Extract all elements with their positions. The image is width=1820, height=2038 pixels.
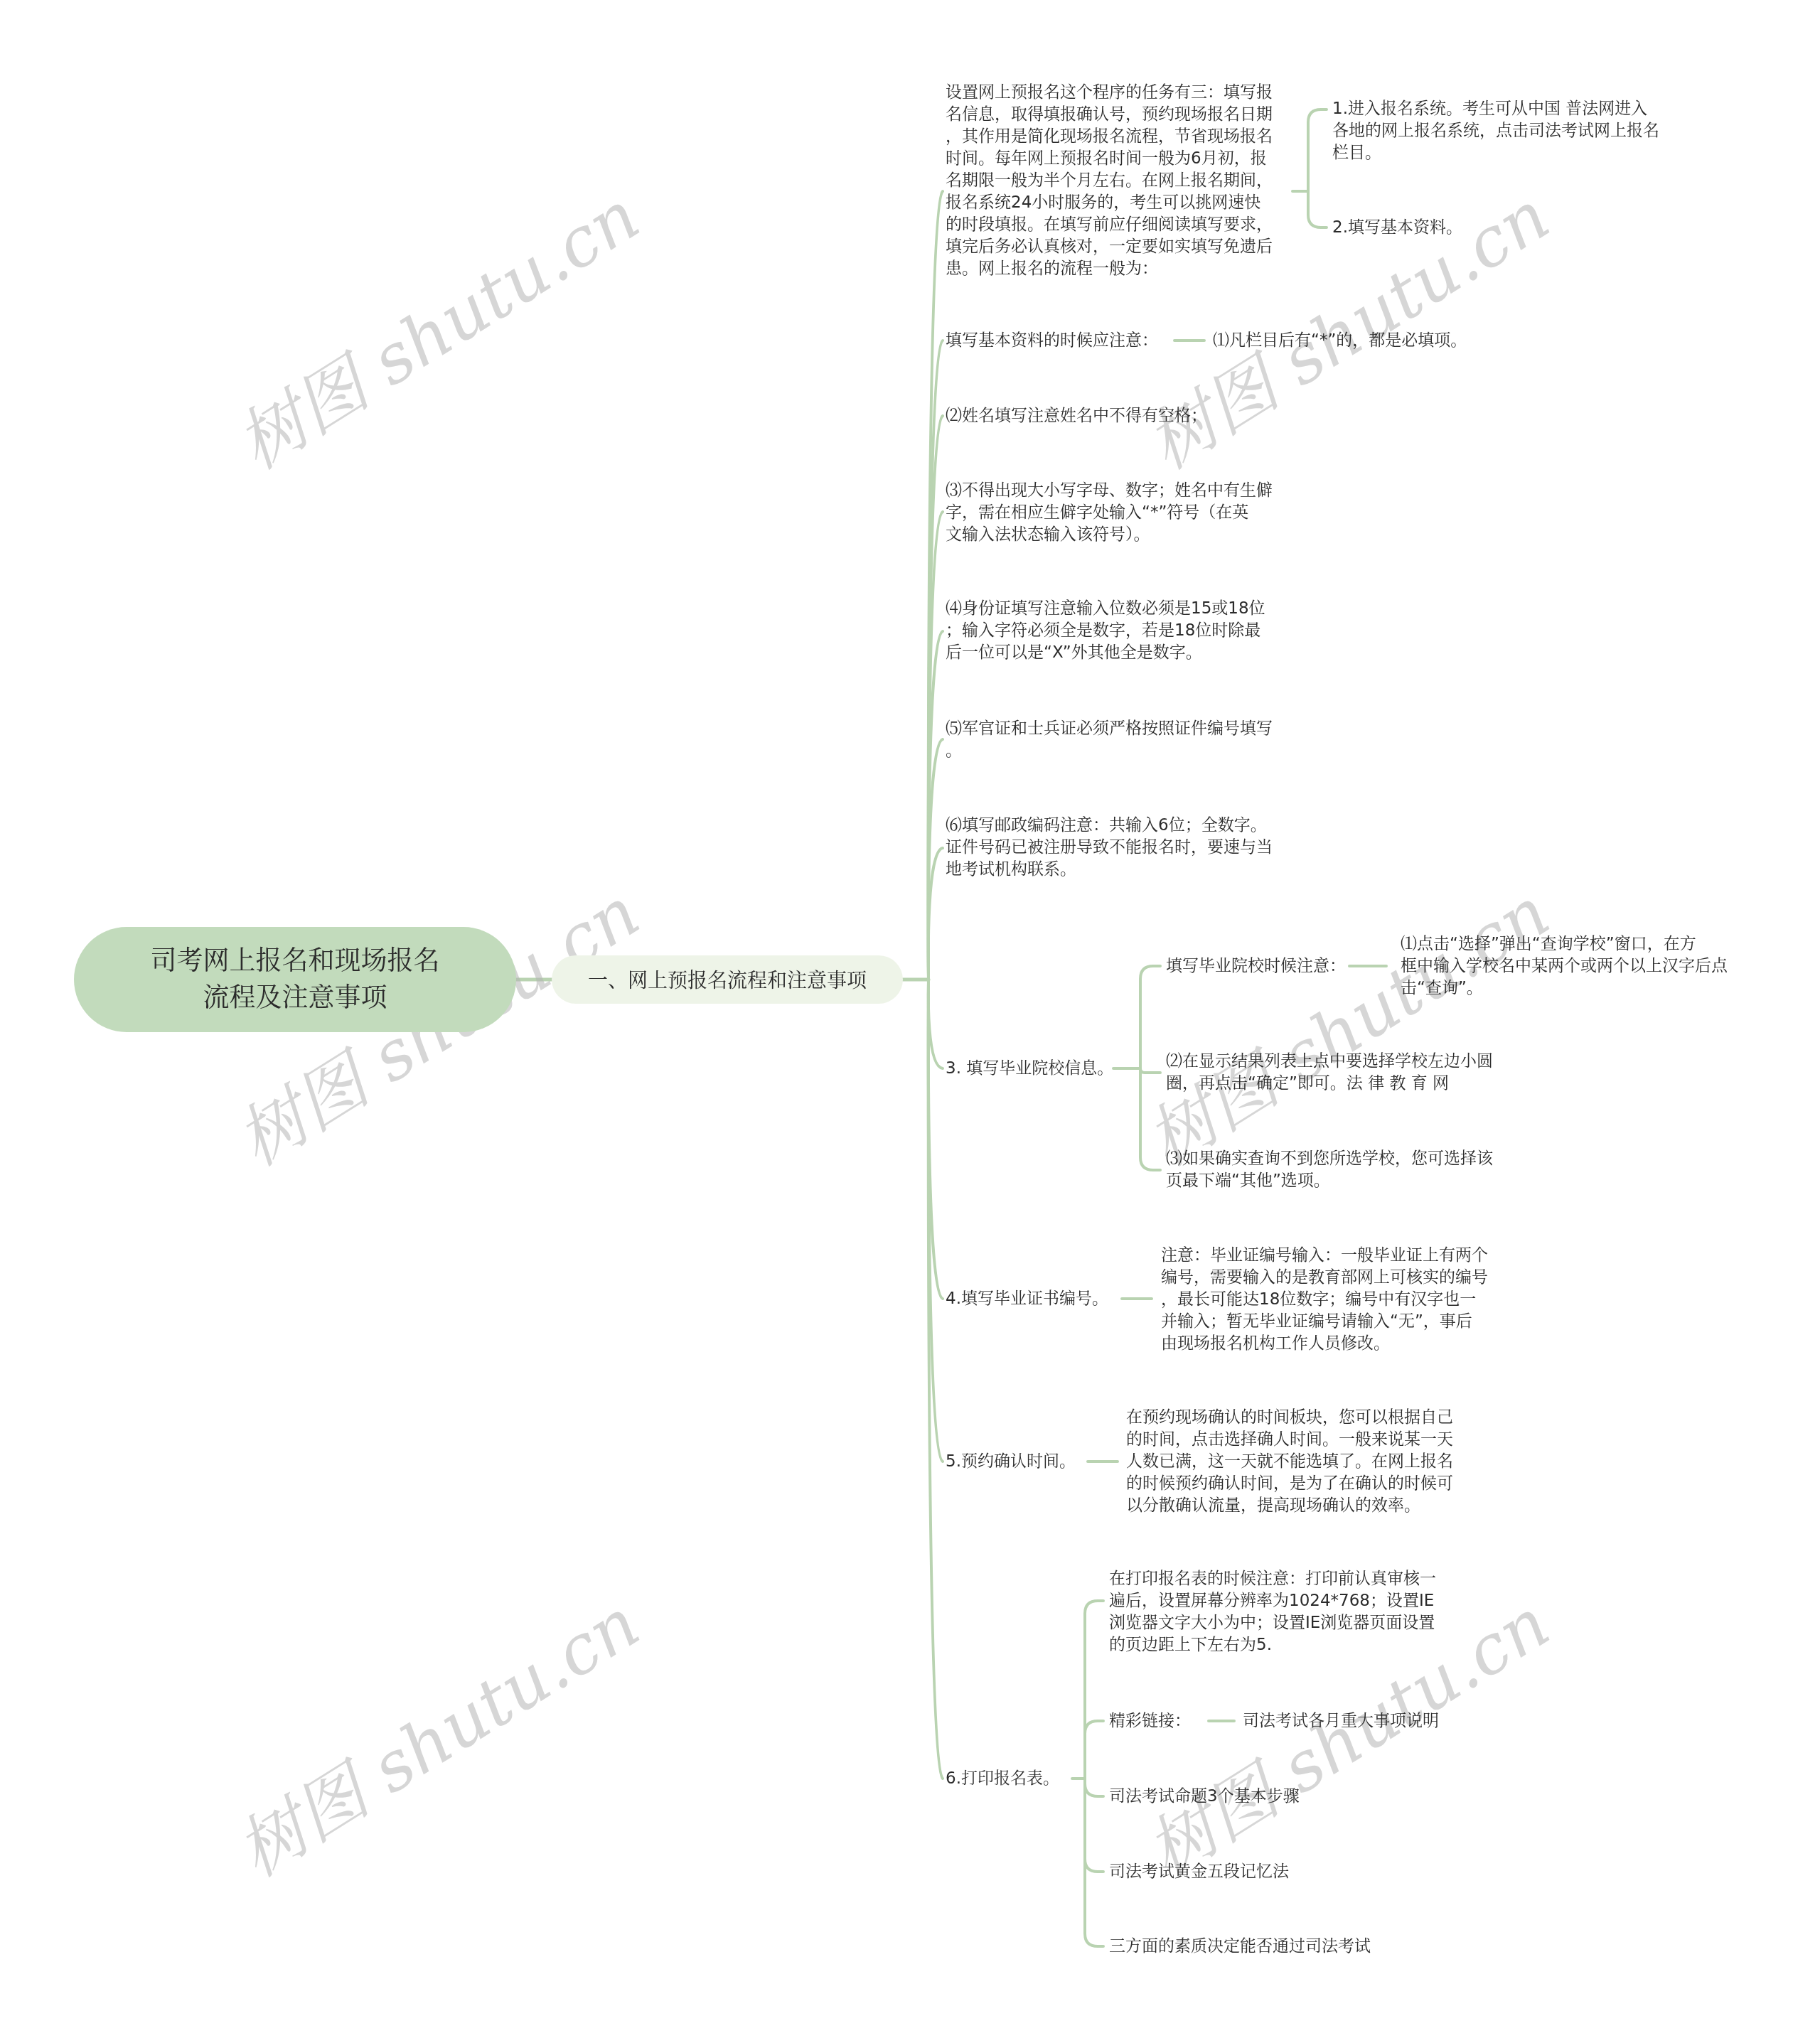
node-appointment-notes[interactable]: 在预约现场确认的时间板块，您可以根据自己 的时间，点击选择确人时间。一般来说某一…	[1126, 1407, 1453, 1517]
node-required-fields[interactable]: ⑴凡栏目后有“*”的，都是必填项。	[1213, 330, 1467, 352]
node-school-info[interactable]: 3. 填写毕业院校信息。	[946, 1058, 1113, 1080]
link-three-qualities[interactable]: 三方面的素质决定能否通过司法考试	[1109, 1936, 1371, 1958]
node-diploma-number[interactable]: 4.填写毕业证书编号。	[946, 1288, 1108, 1310]
node-school-select[interactable]: ⑴点击“选择”弹出“查询学校”窗口，在方 框中输入学校名中某两个或两个以上汉字后…	[1401, 933, 1728, 999]
node-featured-links[interactable]: 精彩链接：	[1109, 1710, 1191, 1732]
node-appointment-time[interactable]: 5.预约确认时间。	[946, 1451, 1076, 1473]
root-node[interactable]: 司考网上报名和现场报名 流程及注意事项	[74, 927, 516, 1032]
node-school-other[interactable]: ⑶如果确实查询不到您所选学校，您可选择该 页最下端“其他”选项。	[1166, 1148, 1493, 1192]
node-name-no-space[interactable]: ⑵姓名填写注意姓名中不得有空格；	[946, 405, 1207, 427]
node-school-notes[interactable]: 填写毕业院校时候注意：	[1166, 955, 1346, 977]
node-diploma-notes[interactable]: 注意：毕业证编号输入：一般毕业证上有两个 编号，需要输入的是教育部网上可核实的编…	[1161, 1245, 1488, 1355]
node-school-confirm[interactable]: ⑵在显示结果列表上点中要选择学校左边小圆 圈，再点击“确定”即可。法 律 教 育…	[1166, 1051, 1493, 1095]
link-memory-method[interactable]: 司法考试黄金五段记忆法	[1109, 1861, 1289, 1883]
link-exam-steps[interactable]: 司法考试命题3个基本步骤	[1109, 1786, 1300, 1808]
branch-title: 一、网上预报名流程和注意事项	[588, 965, 867, 994]
node-fill-basic-info[interactable]: 2.填写基本资料。	[1332, 217, 1462, 239]
node-intro[interactable]: 设置网上预报名这个程序的任务有三：填写报 名信息，取得填报确认号，预约现场报名日…	[946, 82, 1273, 280]
link-monthly-events[interactable]: 司法考试各月重大事项说明	[1243, 1710, 1439, 1732]
branch-node-online-preregistration[interactable]: 一、网上预报名流程和注意事项	[552, 955, 903, 1004]
node-enter-system[interactable]: 1.进入报名系统。考生可从中国 普法网进入 各地的网上报名系统，点击司法考试网上…	[1332, 98, 1659, 164]
node-print-notes[interactable]: 在打印报名表的时候注意：打印前认真审核一 遍后，设置屏幕分辨率为1024*768…	[1109, 1568, 1436, 1656]
node-name-rare-chars[interactable]: ⑶不得出现大小写字母、数字；姓名中有生僻 字，需在相应生僻字处输入“*”符号（在…	[946, 480, 1273, 546]
node-military-id[interactable]: ⑸军官证和士兵证必须严格按照证件编号填写 。	[946, 718, 1273, 762]
root-title: 司考网上报名和现场报名 流程及注意事项	[151, 943, 440, 1017]
node-id-card[interactable]: ⑷身份证填写注意输入位数必须是15或18位 ；输入字符必须全是数字，若是18位时…	[946, 598, 1265, 664]
node-basic-info-notes[interactable]: 填写基本资料的时候应注意：	[946, 330, 1158, 352]
node-print-form[interactable]: 6.打印报名表。	[946, 1768, 1059, 1790]
node-postal-code[interactable]: ⑹填写邮政编码注意：共输入6位；全数字。 证件号码已被注册导致不能报名时，要速与…	[946, 815, 1273, 881]
